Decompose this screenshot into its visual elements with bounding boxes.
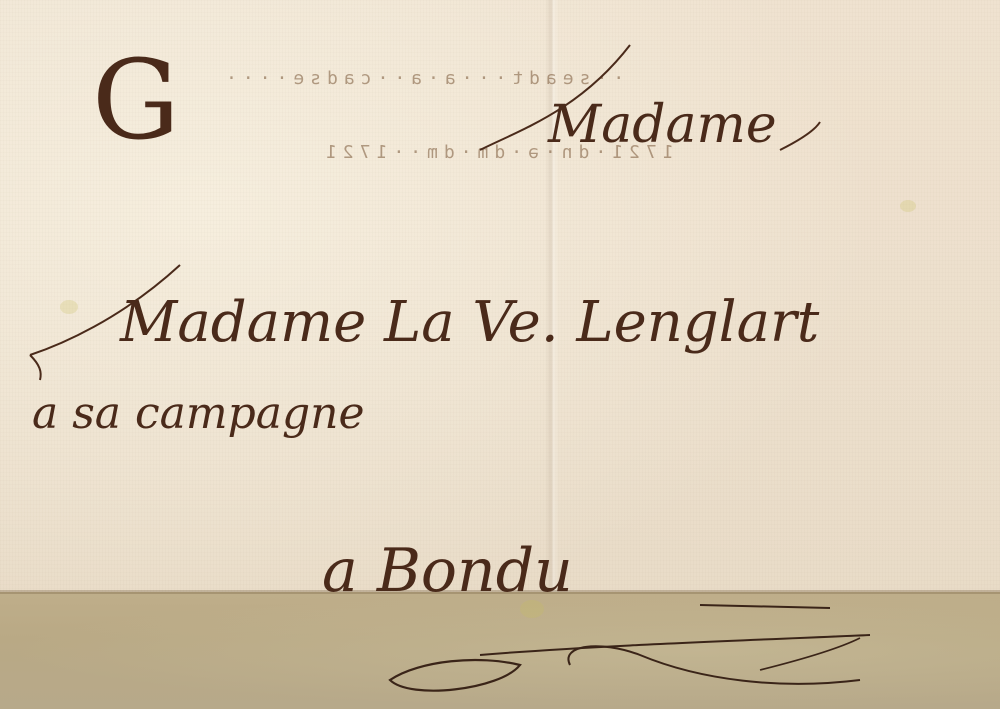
letter-paper: ··seadt···a·a··cadse···· 1721·dn·ə·dm·dm…	[0, 0, 1000, 709]
pen-flourishes	[0, 0, 1000, 709]
